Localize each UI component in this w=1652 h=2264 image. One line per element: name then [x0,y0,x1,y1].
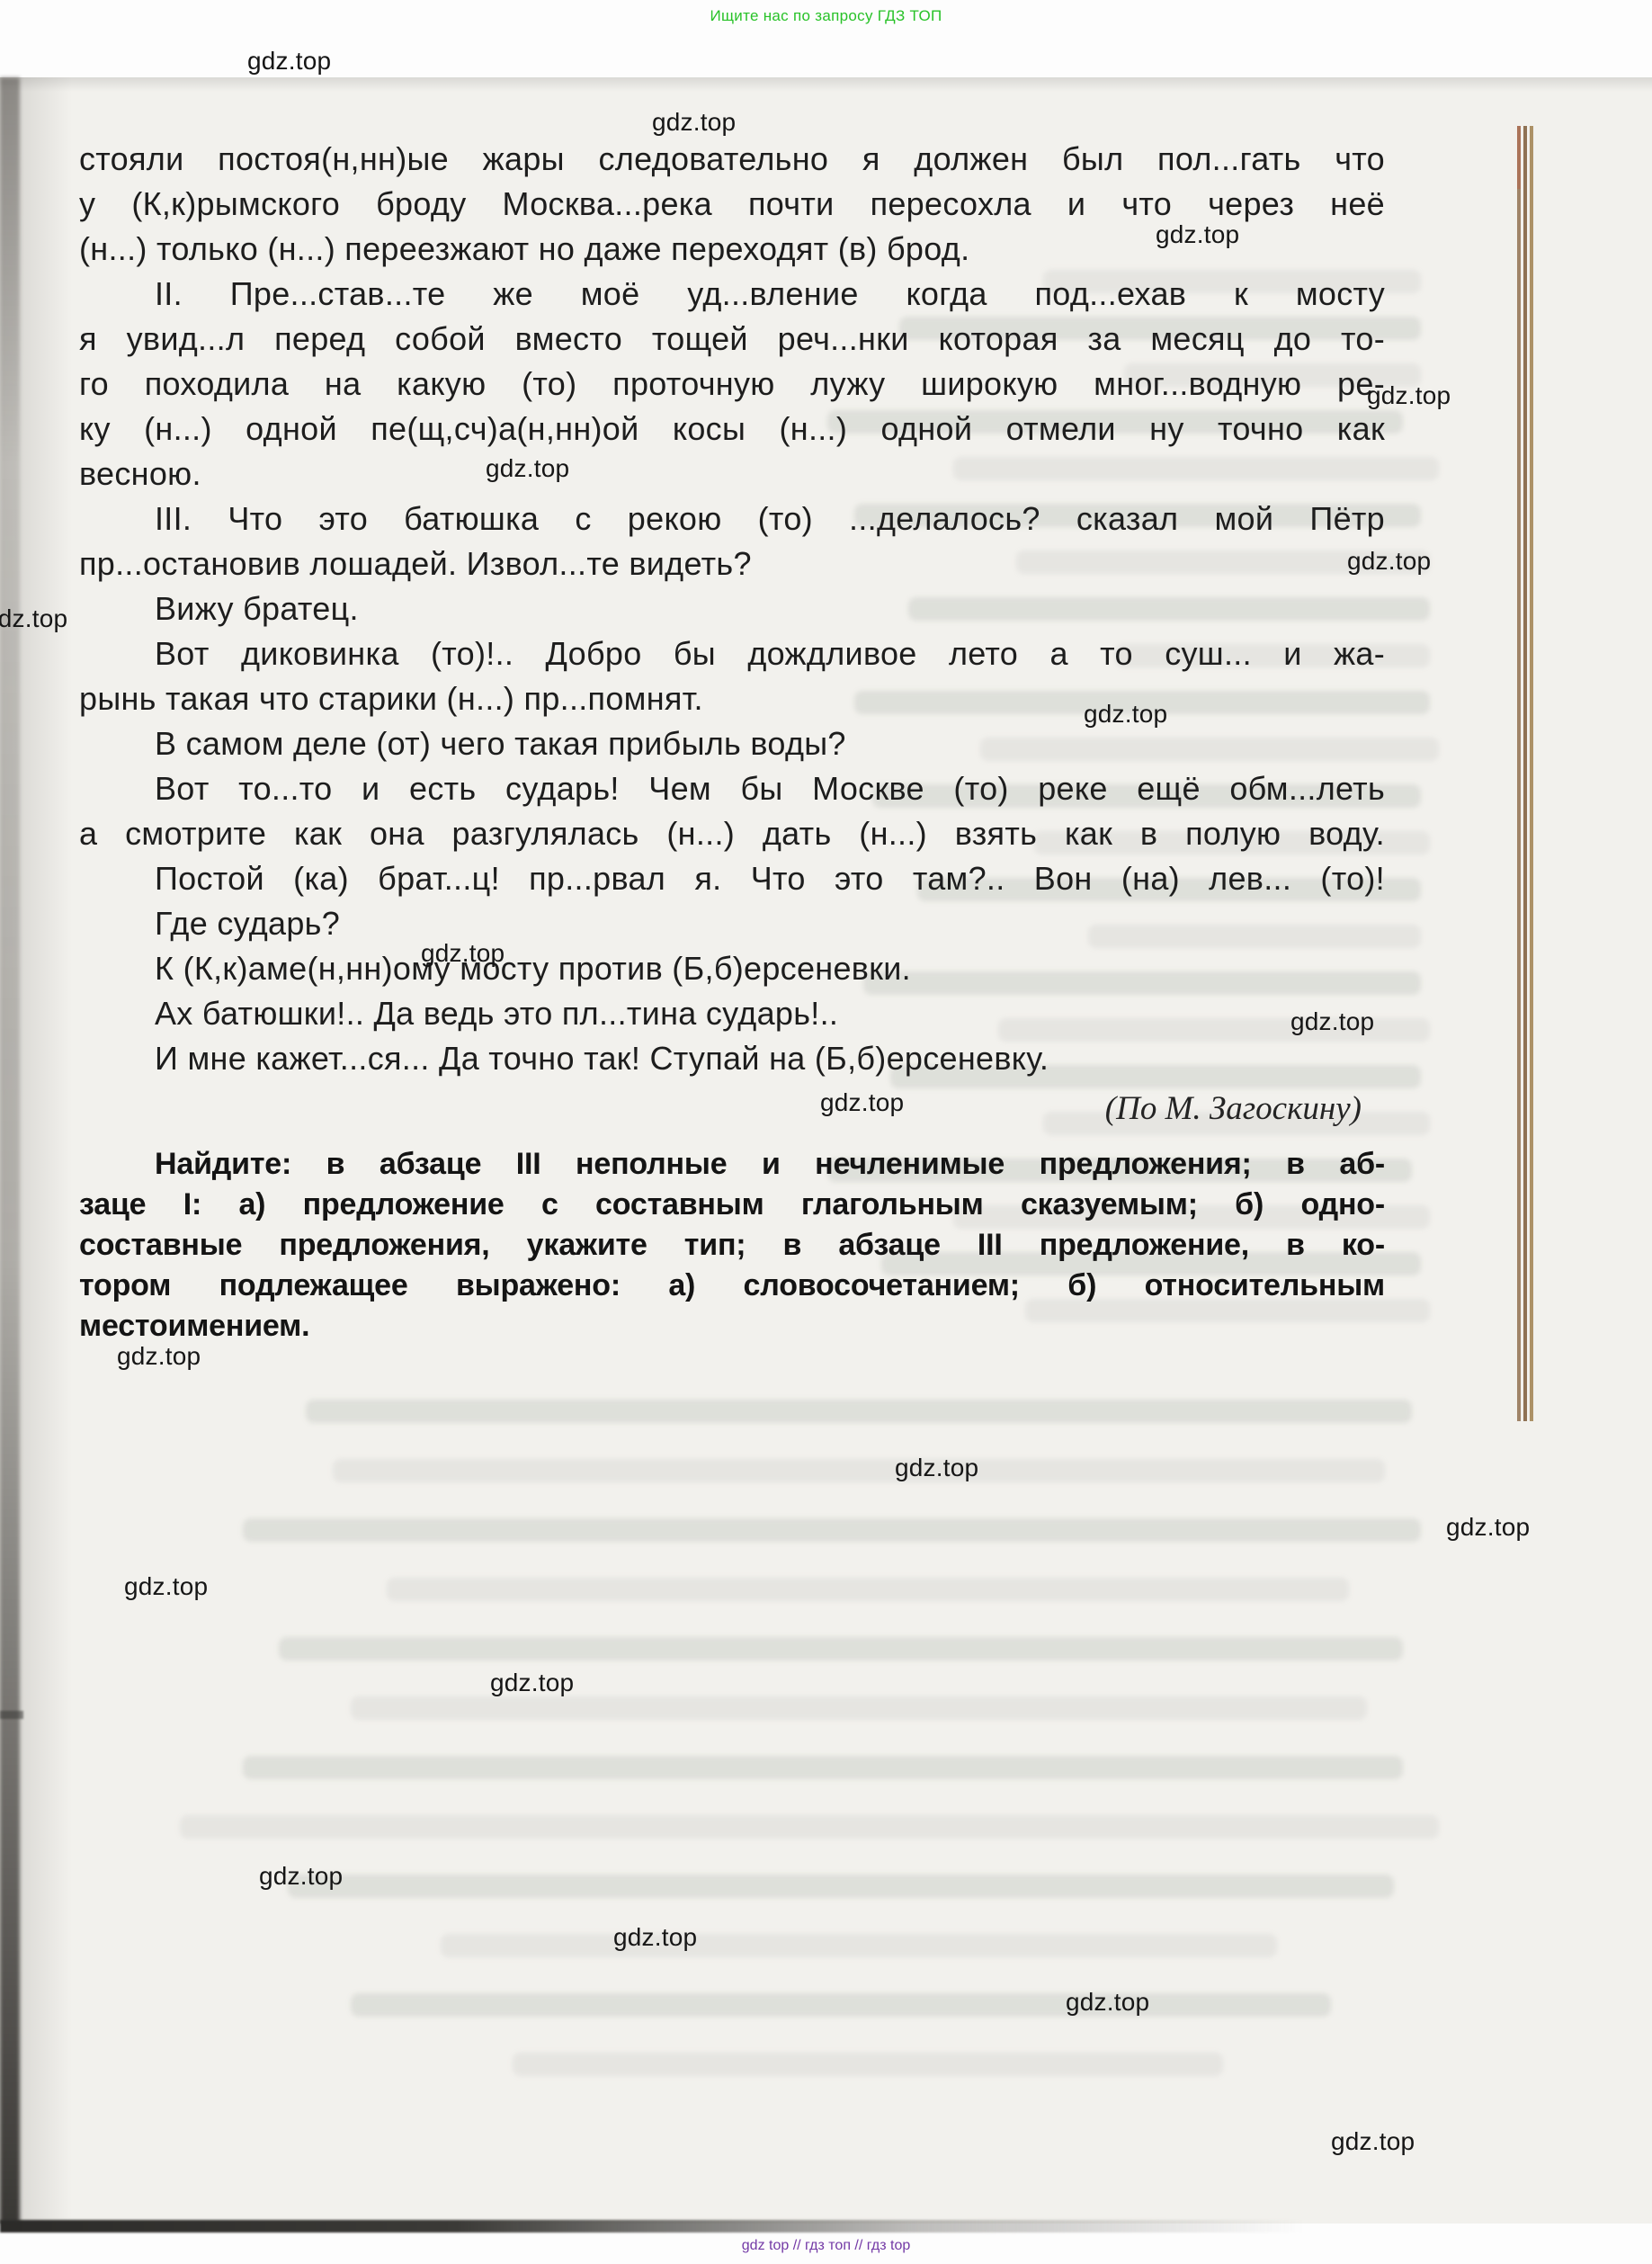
passage-line: III. Что это батюшка с рекою (то) ...дел… [79,497,1385,541]
bleedthrough-line [387,1578,1349,1601]
attribution: (По М. Загоскину) [79,1087,1385,1132]
bleedthrough-line [288,1875,1394,1898]
passage-line: И мне кажет...ся... Да точно так! Ступай… [79,1036,1385,1081]
gdz-watermark: gdz.top [117,1342,201,1371]
bleedthrough-line [279,1637,1403,1660]
bleedthrough-line [351,1993,1331,2017]
passage-line: го походила на какую (то) проточную лужу… [79,362,1385,407]
gdz-watermark: gdz.top [1066,1988,1149,2017]
task-line: тором подлежащее выражено: а) словосочет… [79,1266,1385,1306]
passage-line: К (К,к)аме(н,нн)ому мосту против (Б,б)ер… [79,946,1385,991]
bleedthrough-line [333,1459,1385,1482]
book-left-edge [0,77,20,2224]
task-line: местоимением. [79,1306,1385,1347]
passage-line: я увид...л перед собой вместо тощей реч.… [79,317,1385,362]
passage-line: рынь такая что старики (н...) пр...помня… [79,676,1385,721]
gdz-watermark: gdz.top [247,47,331,76]
gdz-watermark: gdz.top [820,1088,904,1117]
gdz-watermark: gdz.top [1347,547,1431,576]
passage-line: Вот диковинка (то)!.. Добро бы дождливое… [79,631,1385,676]
passage-line: Постой (ка) брат...ц! пр...рвал я. Что э… [79,856,1385,901]
bleedthrough-line [243,1518,1421,1542]
exercise-passage: стояли постоя(н,нн)ые жары следовательно… [79,137,1385,1132]
gdz-watermark: gdz.top [652,108,736,137]
gdz-watermark: gdz.top [259,1862,343,1891]
passage-line: В самом деле (от) чего такая прибыль вод… [79,721,1385,766]
gdz-watermark: gdz.top [613,1923,697,1952]
gdz-watermark: gdz.top [421,939,505,968]
task-line: составные предложения, укажите тип; в аб… [79,1225,1385,1266]
bleedthrough-line [441,1934,1277,1957]
gdz-watermark: gdz.top [1331,2127,1415,2156]
footer-caption: gdz top // гдз топ // гдз top [0,2238,1652,2254]
passage-line: пр...остановив лошадей. Извол...те видет… [79,541,1385,586]
bleedthrough-line [351,1696,1367,1720]
bleedthrough-line [180,1815,1439,1839]
decorative-rule-accent [1517,126,1521,189]
passage-line: Где сударь? [79,901,1385,946]
bleedthrough-line [306,1400,1412,1423]
scan-top-shadow [0,77,1652,92]
passage-line: а смотрите как она разгулялась (н...) да… [79,811,1385,856]
scanned-textbook-page: Ищите нас по запросу ГДЗ ТОП стояли пост… [0,0,1652,2264]
gdz-watermark: gdz.top [1290,1007,1374,1036]
passage-line: II. Пре...став...те же моё уд...вление к… [79,272,1385,317]
passage-line: Вижу братец. [79,586,1385,631]
passage-line: ку (н...) одной пе(щ,сч)а(н,нн)ой косы (… [79,407,1385,452]
passage-line: Вот то...то и есть сударь! Чем бы Москве… [79,766,1385,811]
passage-line: стояли постоя(н,нн)ые жары следовательно… [79,137,1385,182]
task-line: заце I: а) предложение с составным глаго… [79,1185,1385,1225]
task-line: Найдите: в абзаце III неполные и нечлени… [79,1144,1385,1185]
gdz-watermark: gdz.top [490,1669,574,1697]
gdz-watermark: gdz.top [1156,220,1239,249]
task-instructions: Найдите: в абзаце III неполные и нечлени… [79,1144,1385,1347]
gdz-watermark: gdz.top [1084,700,1167,729]
bleedthrough-line [513,2053,1223,2076]
gdz-watermark: gdz.top [124,1572,208,1601]
gdz-watermark: gdz.top [486,454,569,483]
gdz-watermark: gdz.top [1446,1513,1530,1542]
scan-artifact [0,1711,23,1719]
book-bottom-edge [0,2220,1304,2233]
decorative-triple-rule [1517,126,1535,1421]
passage-line: Ах батюшки!.. Да ведь это пл...тина суда… [79,991,1385,1036]
gdz-watermark: gdz.top [0,604,67,633]
bleedthrough-line [243,1756,1403,1779]
gdz-watermark: gdz.top [1367,381,1451,410]
gdz-watermark: gdz.top [895,1454,978,1482]
promo-banner: Ищите нас по запросу ГДЗ ТОП [0,7,1652,25]
passage-line: весною. [79,452,1385,497]
